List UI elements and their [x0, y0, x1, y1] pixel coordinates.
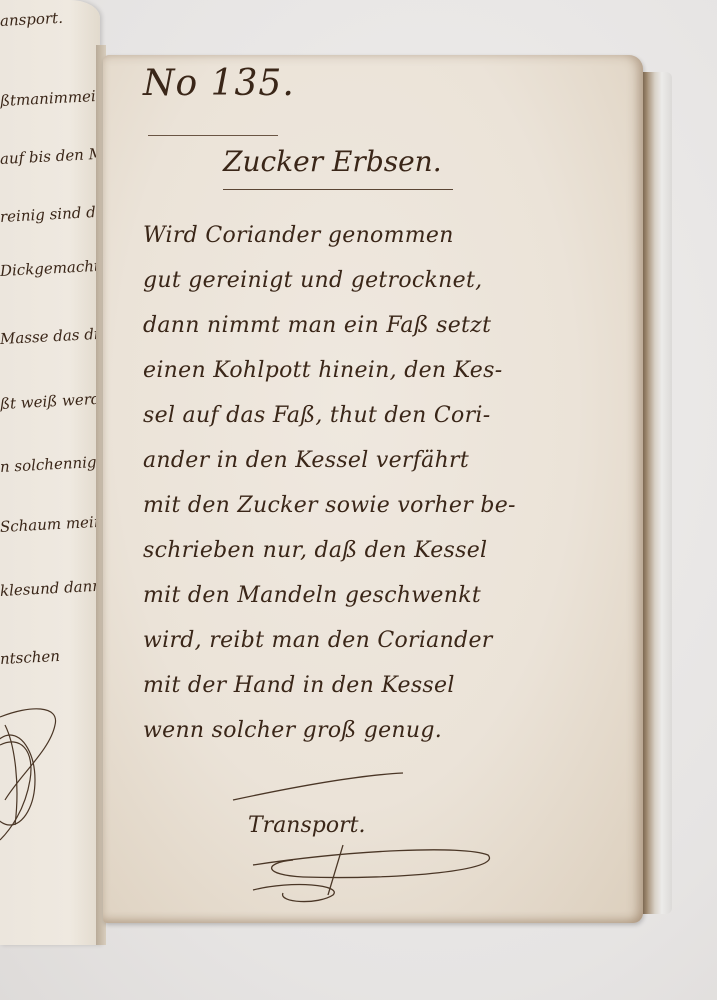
- recipe-title: Zucker Erbsen.: [223, 145, 442, 178]
- recipe-line: mit den Zucker sowie vorher be-: [143, 483, 623, 528]
- flourish-icon: [0, 705, 100, 865]
- left-line: ntschen: [0, 647, 60, 668]
- recipe-line: gut gereinigt und getrocknet,: [143, 258, 623, 303]
- recipe-body: Wird Coriander genommen gut gereinigt un…: [143, 213, 623, 753]
- recipe-line: wird, reibt man den Coriander: [143, 618, 623, 663]
- left-line: ansport.: [0, 9, 63, 30]
- recipe-line: mit den Mandeln geschwenkt: [143, 573, 623, 618]
- title-underline: [223, 189, 453, 190]
- right-page: No 135. Zucker Erbsen. Wird Coriander ge…: [103, 55, 643, 923]
- transport-footer: Transport.: [248, 813, 365, 838]
- number-underline: [148, 135, 278, 136]
- left-line: Dickgemacht: [0, 257, 100, 280]
- recipe-line: einen Kohlpott hinein, den Kes-: [143, 348, 623, 393]
- recipe-line: schrieben nur, daß den Kessel: [143, 528, 623, 573]
- left-page: ansport. ßtmanimmeim- auf bis den Ma rei…: [0, 0, 100, 945]
- left-line: Masse das die: [0, 324, 108, 348]
- page-edges: [638, 72, 672, 914]
- left-line: n solchennig: [0, 453, 97, 476]
- recipe-line: Wird Coriander genommen: [143, 213, 623, 258]
- recipe-line: wenn solcher groß genug.: [143, 708, 623, 753]
- recipe-line: dann nimmt man ein Faß setzt: [143, 303, 623, 348]
- recipe-line: ander in den Kessel verfährt: [143, 438, 623, 483]
- recipe-line: sel auf das Faß, thut den Cori-: [143, 393, 623, 438]
- recipe-number: No 135.: [143, 63, 295, 104]
- recipe-line: mit der Hand in den Kessel: [143, 663, 623, 708]
- left-line: klesund dann: [0, 577, 102, 600]
